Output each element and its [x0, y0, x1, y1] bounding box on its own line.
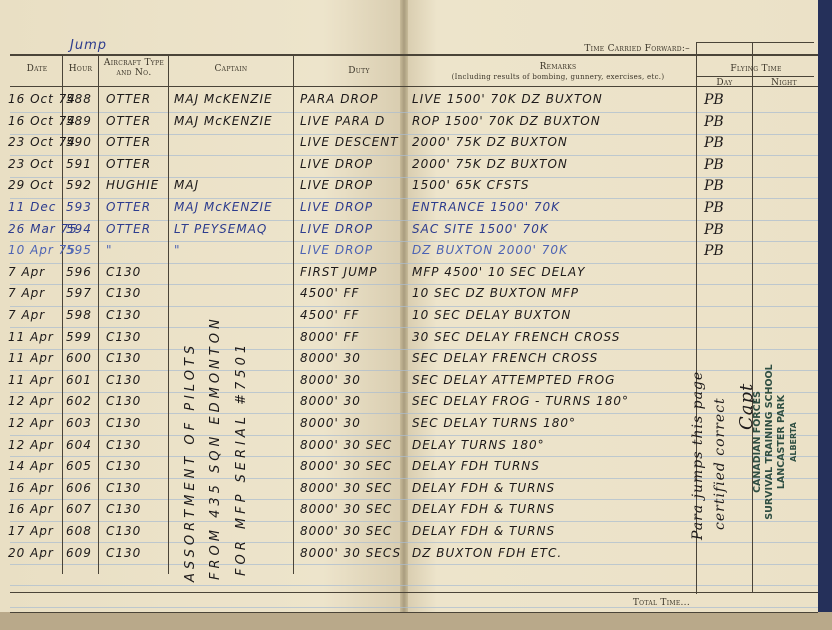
- log-date: 12 Apr: [8, 416, 54, 430]
- log-captain: LT PEYSEMAQ: [174, 222, 267, 236]
- book-cover-edge: [818, 0, 832, 630]
- log-aircraft: OTTER: [106, 157, 151, 171]
- stamp-line3: LANCASTER PARK: [776, 362, 788, 522]
- log-date: 12 Apr: [8, 438, 54, 452]
- log-date: 12 Apr: [8, 394, 54, 408]
- log-remarks: DELAY FDH & TURNS: [412, 502, 555, 516]
- log-hour: 594: [66, 222, 92, 236]
- col-divider-date: [62, 54, 63, 574]
- log-aircraft: C130: [106, 438, 141, 452]
- log-duty: 4500' FF: [300, 308, 359, 322]
- log-duty: 8000' FF: [300, 330, 359, 344]
- log-duty: 8000' 30: [300, 351, 361, 365]
- log-aircraft: C130: [106, 502, 141, 516]
- log-remarks: DZ BUXTON FDH ETC.: [412, 546, 562, 560]
- log-date: 20 Apr: [8, 546, 54, 560]
- log-hour: 605: [66, 459, 92, 473]
- log-aircraft: C130: [106, 524, 141, 538]
- log-duty: 8000' 30: [300, 416, 361, 430]
- log-hour: 604: [66, 438, 92, 452]
- log-date: 29 Oct: [8, 178, 54, 192]
- log-duty: LIVE DROP: [300, 222, 373, 236]
- log-date: 16 Apr: [8, 481, 54, 495]
- log-date: 14 Apr: [8, 459, 54, 473]
- log-hour: 602: [66, 394, 92, 408]
- log-remarks: 10 SEC DELAY BUXTON: [412, 308, 571, 322]
- col-divider-aircraft: [168, 54, 169, 574]
- log-duty: LIVE PARA D: [300, 114, 385, 128]
- log-remarks: SEC DELAY TURNS 180°: [412, 416, 576, 430]
- log-duty: LIVE DROP: [300, 157, 373, 171]
- log-aircraft: C130: [106, 394, 141, 408]
- log-aircraft: ": [106, 243, 113, 257]
- log-date: 11 Dec: [8, 200, 56, 214]
- hour-header: Hour: [63, 64, 98, 74]
- log-hour: 603: [66, 416, 92, 430]
- log-initials: PB: [704, 157, 724, 173]
- stamp-line2: SURVIVAL TRAINING SCHOOL: [764, 362, 776, 522]
- log-duty: LIVE DROP: [300, 200, 373, 214]
- log-initials: PB: [704, 135, 724, 151]
- log-aircraft: OTTER: [106, 222, 151, 236]
- log-duty: FIRST JUMP: [300, 265, 377, 279]
- log-captain: MAJ McKENZIE: [174, 114, 273, 128]
- log-hour: 607: [66, 502, 92, 516]
- aircraft-header: Aircraft Type and No.: [100, 58, 168, 78]
- captain-header: Captain: [169, 64, 293, 74]
- log-duty: 8000' 30 SEC: [300, 481, 392, 495]
- log-duty: LIVE DROP: [300, 178, 373, 192]
- log-hour: 608: [66, 524, 92, 538]
- log-duty: 8000' 30 SEC: [300, 459, 392, 473]
- flying-time-header: Flying Time: [697, 64, 815, 74]
- log-duty: PARA DROP: [300, 92, 378, 106]
- log-aircraft: C130: [106, 416, 141, 430]
- captain-note-line2: FROM 435 SQN EDMONTON: [208, 315, 223, 580]
- log-duty: 8000' 30 SEC: [300, 524, 392, 538]
- log-aircraft: OTTER: [106, 114, 151, 128]
- log-hour: 592: [66, 178, 92, 192]
- book-bottom-edge: [0, 612, 832, 630]
- log-initials: PB: [704, 200, 724, 216]
- log-hour: 588: [66, 92, 92, 106]
- log-initials: PB: [704, 243, 724, 259]
- log-date: 17 Apr: [8, 524, 54, 538]
- log-initials: PB: [704, 92, 724, 108]
- date-header: Date: [12, 64, 62, 74]
- log-aircraft: C130: [106, 481, 141, 495]
- log-aircraft: OTTER: [106, 135, 151, 149]
- log-aircraft: C130: [106, 330, 141, 344]
- total-time-label: Total Time...: [560, 598, 690, 608]
- log-aircraft: OTTER: [106, 92, 151, 106]
- log-hour: 590: [66, 135, 92, 149]
- log-remarks: SEC DELAY ATTEMPTED FROG: [412, 373, 615, 387]
- log-aircraft: C130: [106, 308, 141, 322]
- log-duty: 8000' 30 SECS: [300, 546, 401, 560]
- logbook-spread: Jump Time Carried Forward:– Date Hour Ai…: [0, 0, 832, 630]
- night-header: Night: [753, 78, 815, 88]
- log-remarks: 10 SEC DZ BUXTON MFP: [412, 286, 579, 300]
- log-captain: MAJ McKENZIE: [174, 200, 273, 214]
- log-remarks: 2000' 75K DZ BUXTON: [412, 135, 568, 149]
- log-remarks: DZ BUXTON 2000' 70K: [412, 243, 568, 257]
- log-remarks: 1500' 65K CFSTS: [412, 178, 529, 192]
- log-captain: ": [174, 243, 181, 257]
- log-initials: PB: [704, 114, 724, 130]
- log-remarks: MFP 4500' 10 SEC DELAY: [412, 265, 585, 279]
- log-duty: 8000' 30: [300, 373, 361, 387]
- log-hour: 595: [66, 243, 92, 257]
- col-divider-hour: [98, 54, 99, 574]
- log-remarks: 30 SEC DELAY FRENCH CROSS: [412, 330, 620, 344]
- log-remarks: SEC DELAY FROG - TURNS 180°: [412, 394, 629, 408]
- log-hour: 589: [66, 114, 92, 128]
- log-remarks: ENTRANCE 1500' 70K: [412, 200, 560, 214]
- log-aircraft: HUGHIE: [106, 178, 159, 192]
- log-hour: 598: [66, 308, 92, 322]
- log-hour: 596: [66, 265, 92, 279]
- log-date: 11 Apr: [8, 373, 54, 387]
- log-hour: 600: [66, 351, 92, 365]
- unit-stamp: CANADIAN FORCES SURVIVAL TRAINING SCHOOL…: [752, 362, 800, 522]
- remarks-subheader: (Including results of bombing, gunnery, …: [420, 73, 696, 81]
- log-duty: LIVE DROP: [300, 243, 373, 257]
- log-initials: PB: [704, 222, 724, 238]
- log-date: 23 Oct: [8, 157, 54, 171]
- log-remarks: SEC DELAY FRENCH CROSS: [412, 351, 598, 365]
- log-remarks: ROP 1500' 70K DZ BUXTON: [412, 114, 601, 128]
- log-aircraft: C130: [106, 265, 141, 279]
- col-divider-captain: [293, 54, 294, 574]
- log-initials: PB: [704, 178, 724, 194]
- log-duty: 4500' FF: [300, 286, 359, 300]
- stamp-line1: CANADIAN FORCES: [752, 362, 764, 522]
- log-date: 16 Apr: [8, 502, 54, 516]
- page-bottom-rule: [10, 612, 818, 613]
- captain-note-line1: ASSORTMENT OF PILOTS: [183, 342, 198, 582]
- tcf-box-top: [696, 42, 814, 43]
- log-aircraft: C130: [106, 373, 141, 387]
- log-hour: 609: [66, 546, 92, 560]
- log-date: 7 Apr: [8, 308, 45, 322]
- log-remarks: LIVE 1500' 70K DZ BUXTON: [412, 92, 603, 106]
- certification-line2: certified correct: [712, 397, 728, 530]
- log-date: 7 Apr: [8, 265, 45, 279]
- log-hour: 601: [66, 373, 92, 387]
- captain-note-line3: FOR MFP SERIAL #7501: [234, 341, 249, 576]
- log-date: 11 Apr: [8, 330, 54, 344]
- log-aircraft: C130: [106, 546, 141, 560]
- log-remarks: DELAY FDH & TURNS: [412, 524, 555, 538]
- log-hour: 599: [66, 330, 92, 344]
- log-hour: 593: [66, 200, 92, 214]
- log-duty: 8000' 30: [300, 394, 361, 408]
- time-carried-forward-label: Time Carried Forward:–: [520, 44, 690, 54]
- log-aircraft: C130: [106, 351, 141, 365]
- log-hour: 597: [66, 286, 92, 300]
- log-hour: 606: [66, 481, 92, 495]
- log-remarks: 2000' 75K DZ BUXTON: [412, 157, 568, 171]
- log-duty: 8000' 30 SEC: [300, 502, 392, 516]
- ruled-line: [10, 607, 818, 608]
- day-header: Day: [697, 78, 752, 88]
- remarks-header: Remarks: [420, 62, 696, 72]
- log-hour: 591: [66, 157, 92, 171]
- duty-header: Duty: [294, 66, 424, 76]
- log-captain: MAJ: [174, 178, 199, 192]
- log-remarks: DELAY FDH TURNS: [412, 459, 540, 473]
- log-remarks: DELAY FDH & TURNS: [412, 481, 555, 495]
- log-remarks: DELAY TURNS 180°: [412, 438, 545, 452]
- log-aircraft: OTTER: [106, 200, 151, 214]
- log-aircraft: C130: [106, 459, 141, 473]
- log-date: 7 Apr: [8, 286, 45, 300]
- certification-line1: Para jumps this page: [690, 371, 706, 540]
- log-aircraft: C130: [106, 286, 141, 300]
- stamp-line4: ALBERTA: [788, 362, 800, 522]
- jump-note: Jump: [70, 38, 107, 53]
- log-duty: LIVE DESCENT: [300, 135, 399, 149]
- log-captain: MAJ McKENZIE: [174, 92, 273, 106]
- log-date: 11 Apr: [8, 351, 54, 365]
- log-duty: 8000' 30 SEC: [300, 438, 392, 452]
- log-remarks: SAC SITE 1500' 70K: [412, 222, 549, 236]
- flying-time-subrule: [696, 76, 814, 77]
